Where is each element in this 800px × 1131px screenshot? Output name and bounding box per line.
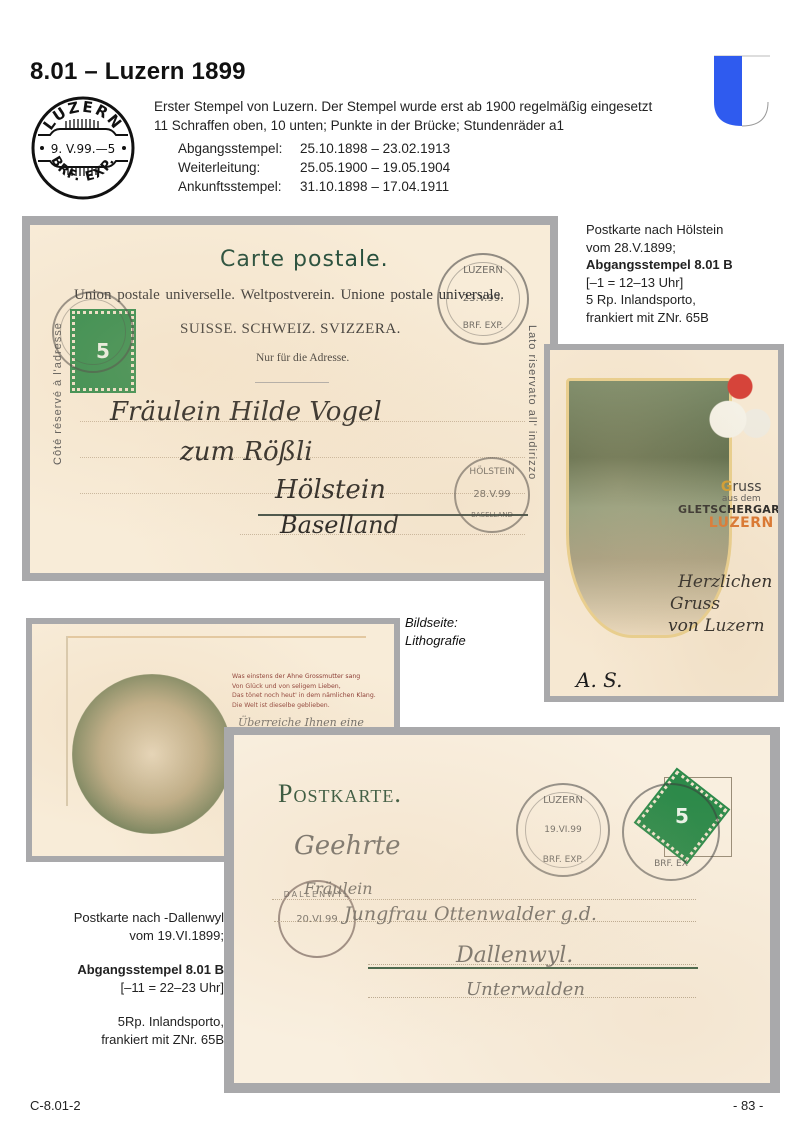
postmark-bottom: BRF. EXP. (518, 855, 608, 865)
note-line: vom 28.V.1899; (586, 239, 733, 257)
note-line: Postkarte nach Hölstein (586, 221, 733, 239)
poem-line: Das tönet noch heut' in dem nämlichen Kl… (232, 691, 376, 701)
luzern-cancel-stamp-icon: LUZERN BRF. EXP. 9. V.99.—5 (30, 95, 136, 201)
vine-border-left (66, 636, 68, 806)
note-line: vom 19.VI.1899; (40, 927, 224, 945)
side-label-right: Lato riservato all' indirizzo (526, 325, 538, 480)
poem-line: Was einstens der Ahne Grossmutter sang (232, 672, 376, 682)
date-range: 25.10.1898 – 23.02.1913 (300, 139, 450, 158)
note-line: Postkarte nach -Dallenwyl (40, 909, 224, 927)
address-hint: Nur für die Adresse. (256, 352, 349, 364)
lithograph-couple-scene (72, 674, 232, 834)
vine-border-top (66, 636, 366, 638)
postmark-luzern: LUZERN 23.V.99. BRF. EXP. (437, 253, 529, 345)
divider (255, 382, 329, 383)
note-cancel-type: Abgangsstempel 8.01 B (586, 257, 733, 272)
note-line: [–11 = 22–23 Uhr] (40, 979, 224, 997)
date-row-weiterleitung: Weiterleitung: 25.05.1900 – 19.05.1904 (178, 158, 450, 177)
card-title: Postkarte. (278, 779, 402, 809)
date-ranges: Abgangsstempel: 25.10.1898 – 23.02.1913 … (178, 139, 450, 196)
handwritten-address: zum Rößli (180, 437, 313, 467)
note-hoelstein: Postkarte nach Hölstein vom 28.V.1899; A… (586, 221, 733, 326)
note-line: frankiert mit ZNr. 65B (40, 1031, 224, 1049)
date-label: Weiterleitung: (178, 158, 300, 177)
postmark-top: HÖLSTEIN (456, 467, 528, 477)
postmark-top: LUZERN (439, 265, 527, 276)
handwritten-address: Hölstein (275, 475, 386, 505)
postmark-date: 20.VI.99 (280, 914, 354, 925)
postcard-frame-gletschergarten: Gruss aus dem GLETSCHERGARTEN LUZERN Her… (544, 344, 784, 702)
handwritten-signature: A. S. (576, 668, 623, 692)
handwritten-address: Fräulein (304, 879, 373, 898)
handwritten-address: Fräulein Hilde Vogel (110, 397, 382, 427)
postmark-date: 28.V.99 (456, 489, 528, 500)
postmark-top: LUZERN (518, 795, 608, 806)
postmark-luzern-left (52, 291, 134, 373)
note-line: 5 Rp. Inlandsporto, (586, 291, 733, 309)
postcard-frame-hoelstein: Carte postale. Union postale universelle… (22, 216, 558, 581)
note-line: [–1 = 12–13 Uhr] (586, 274, 733, 292)
page-code: C-8.01-2 (30, 1098, 81, 1113)
postmark-luzern-2: BRF. EX (622, 783, 720, 881)
greeting-initial: G (721, 479, 733, 495)
description-line: Erster Stempel von Luzern. Der Stempel w… (154, 97, 652, 116)
note-line: Bildseite: (405, 614, 466, 632)
postcard-gletschergarten-picture-side[interactable]: Gruss aus dem GLETSCHERGARTEN LUZERN Her… (550, 350, 778, 696)
postmark-hoelstein: HÖLSTEIN 28.V.99 BASELLAND (454, 457, 530, 533)
handwritten-message: Gruss (670, 594, 720, 614)
poem-line: Die Welt ist dieselbe geblieben. (232, 701, 376, 711)
date-label: Ankunftsstempel: (178, 177, 300, 196)
postcard-dallenwyl-address-side[interactable]: Postkarte. 5 LUZERN 19.VI.99 BRF. EXP. B… (234, 735, 770, 1083)
description-line: 11 Schraffen oben, 10 unten; Punkte in d… (154, 116, 652, 135)
handwritten-address: Unterwalden (466, 979, 585, 1000)
date-row-ankunft: Ankunftsstempel: 31.10.1898 – 17.04.1911 (178, 177, 450, 196)
poem: Was einstens der Ahne Grossmutter sang V… (232, 672, 376, 710)
postmark-date: 23.V.99. (439, 293, 527, 304)
postcard-hoelstein-address-side[interactable]: Carte postale. Union postale universelle… (30, 225, 550, 573)
address-rule (272, 899, 696, 900)
greeting-word: russ (732, 479, 761, 495)
postcard-frame-dallenwyl: Postkarte. 5 LUZERN 19.VI.99 BRF. EXP. B… (224, 727, 780, 1093)
flower-decoration (692, 366, 772, 448)
page-title: 8.01 – Luzern 1899 (30, 58, 246, 86)
handwritten-message: Herzlichen (678, 572, 772, 592)
postmark-luzern: LUZERN 19.VI.99 BRF. EXP. (516, 783, 610, 877)
luzern-coat-of-arms-icon (712, 48, 772, 128)
poem-line: Von Glück und von seligem Lieben, (232, 682, 376, 692)
postmark-date: 19.VI.99 (518, 825, 608, 835)
handwritten-address: Baselland (280, 511, 399, 539)
note-line: Lithografie (405, 632, 466, 650)
handwritten-address: Dallenwyl. (456, 943, 573, 968)
handwritten-greeting: Geehrte (294, 831, 401, 861)
postmark-bottom: BRF. EX (624, 859, 718, 869)
note-bildseite: Bildseite: Lithografie (405, 614, 466, 650)
note-cancel-type: Abgangsstempel 8.01 B (77, 962, 224, 977)
postmark-bottom: BASELLAND (456, 511, 528, 519)
greeting-text: Gruss aus dem GLETSCHERGARTEN LUZERN (678, 480, 778, 530)
svg-text:BRF. EXP.: BRF. EXP. (48, 154, 119, 185)
greeting-place: GLETSCHERGARTEN (678, 504, 778, 516)
stamp-description: Erster Stempel von Luzern. Der Stempel w… (154, 97, 652, 135)
handwritten-address: Jungfrau Ottenwalder g.d. (344, 903, 597, 925)
date-range: 31.10.1898 – 17.04.1911 (300, 177, 449, 196)
stamp-date-text: 9. V.99.—5 (51, 142, 115, 156)
note-line: 5Rp. Inlandsporto, (40, 1013, 224, 1031)
greeting-city: LUZERN (678, 516, 778, 531)
note-line: frankiert mit ZNr. 65B (586, 309, 733, 327)
handwritten-message: von Luzern (668, 616, 765, 636)
postmark-bottom: BRF. EXP. (439, 321, 527, 331)
date-range: 25.05.1900 – 19.05.1904 (300, 158, 450, 177)
card-title: Carte postale. (220, 247, 389, 272)
note-dallenwyl: Postkarte nach -Dallenwyl vom 19.VI.1899… (40, 909, 224, 1048)
date-row-abgang: Abgangsstempel: 25.10.1898 – 23.02.1913 (178, 139, 450, 158)
stamp-bottom-text: BRF. EXP. (48, 154, 119, 185)
page-number: - 83 - (733, 1098, 763, 1113)
date-label: Abgangsstempel: (178, 139, 300, 158)
countries-line: SUISSE. SCHWEIZ. SVIZZERA. (180, 321, 401, 338)
